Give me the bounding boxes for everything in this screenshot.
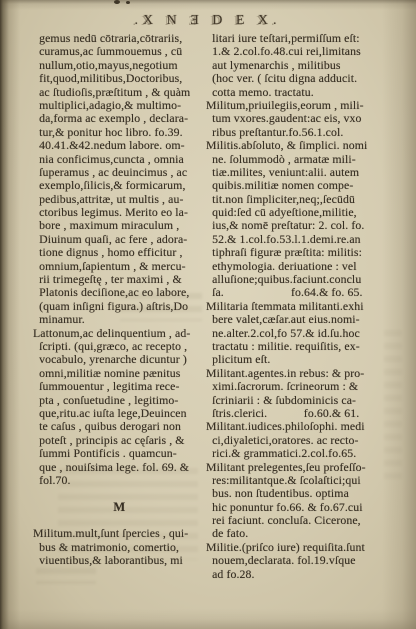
ink-speck (126, 1, 130, 4)
text-line: nia conficimus,cuncta , omnia (33, 153, 207, 166)
text-line: ac ſtudioſis,præſtitum , & quàm (33, 86, 207, 99)
text-line: (hoc ver. ( ſcitu digna adducit. (206, 72, 388, 85)
text-line: cotta memo. tractatu. (206, 86, 388, 99)
text-line: tractatu : militie. requiſitis, ex- (206, 340, 388, 353)
text-line: ethymologia. deriuatione : vel (206, 260, 388, 273)
text-line: gemus nedū cōtraria,cōtrariis, (33, 32, 207, 45)
text-line: ſummouentur , legitima rece- (33, 380, 207, 393)
ink-speck (114, 0, 120, 4)
text-line: bus. non ſtudentibus. optima (206, 487, 388, 500)
text-line: alluſione;quibus.faciunt.conclu (206, 273, 388, 286)
text-line: Militaria ſtemmata militanti.exhi (206, 300, 388, 313)
text-line: omnium,ſapientum , & mercu- (33, 260, 207, 273)
text-line: ribus preſtantur.fo.56.1.col. (206, 126, 388, 139)
text-line: aut lymenarchis , militibus (206, 59, 388, 72)
text-line: res:militantque.& ſcolaſtici;qui (206, 474, 388, 487)
text-line: 1.& 2.col.fo.48.cui rei,limitans (206, 45, 388, 58)
text-line: Diuinum quaſi, ac fere , adora- (33, 233, 207, 246)
text-line: fol.70. (33, 474, 207, 487)
text-line: tiphraſi figuræ præſtita: militis: (206, 246, 388, 259)
text-line: ſuperamus , ac deuincimus , ac (33, 166, 207, 179)
text-line: quid:ſed cū adyeſtione,militie, (206, 206, 388, 219)
text-line: que,ritu.ac iuſta lege,Deuincen (33, 407, 207, 420)
text-line: ſummi Pontificis . quamcun- (33, 447, 207, 460)
text-line: Militis.abſoluto, & ſimplici. nomi (206, 139, 388, 152)
text-line: vocabulo, yrenarche dicuntur ) (33, 353, 207, 366)
showthrough-smudge (36, 568, 96, 584)
text-line: tione dignus , homo efficitur , (33, 246, 207, 259)
text-line: que , nouiſsima lege. fol. 69. & (33, 461, 207, 474)
text-line: poteſt , principis ac cęſaris , & (33, 434, 207, 447)
text-line: nouem,declarata. fol.19.vſque (206, 554, 388, 567)
text-line: bus & matrimonio, comertio, (33, 541, 207, 554)
text-line: 52.& 1.col.fo.53.l.1.demi.re.an (206, 233, 388, 246)
text-line: ci,diyaletici,oratores. ac recto- (206, 434, 388, 447)
text-line: pedibus,attritæ, ut multis , au- (33, 193, 207, 206)
text-line: ſcriniarii : & ſubdominicis ca- (206, 394, 388, 407)
text-line: Militum,priuilegiis,eorum , mili- (206, 99, 388, 112)
text-line: bore , maximum miraculum , (33, 219, 207, 232)
text-line: plicitum eſt. (206, 353, 388, 366)
text-line: Militie.(priſco iure) requiſita.ſunt (206, 541, 388, 554)
text-line: tur,& ponitur hoc libro. fo.39. (33, 126, 207, 139)
text-line: viuentibus,& laborantibus, mi (33, 554, 207, 567)
text-line: quibis.militiæ nomen compe- (206, 179, 388, 192)
text-line: Militant prelegentes,ſeu profeſſo- (206, 461, 388, 474)
text-line: ius,& nomē preſtatur: 2. col. fo. (206, 219, 388, 232)
text-line: ne.alter.2.col,fo 57.& id.ſu.hoc (206, 327, 388, 340)
index-column-left: gemus nedū cōtraria,cōtrariis, curamus,a… (33, 32, 207, 568)
text-line: litari iure teſtari,permiſſum eſt: (206, 32, 388, 45)
text-line: te caſus , quibus derogari non (33, 420, 207, 433)
text-line: ad fo.28. (206, 568, 388, 581)
text-line: tiæ.milites, veniunt:alii. autem (206, 166, 388, 179)
text-line: Militum.mult,ſunt ſpercies , qui- (33, 527, 207, 540)
text-line: multiplici,adagio,& multimo- (33, 99, 207, 112)
text-line: omni,militiæ nomine pænitus (33, 367, 207, 380)
text-line: ximi.ſacrorum. ſcrineorum : & (206, 380, 388, 393)
text-line: curamus,ac ſummouemus , cū (33, 45, 207, 58)
text-line: hic ponuntur fo.66. & fo.67.cui (206, 501, 388, 514)
book-page-scan: .X N Ǝ D E X. gemus nedū cōtraria,cōtrar… (0, 0, 416, 629)
text-line (33, 514, 207, 527)
text-line (33, 487, 207, 500)
text-line: minamur. (33, 313, 207, 326)
text-line: Lattonum,ac delinquentium , ad- (33, 327, 207, 340)
text-line: Platonis deciſione,ac eo labore, (33, 286, 207, 299)
text-line: Militant.iudices.philoſophi. medi (206, 420, 388, 433)
text-line: ſa. fo.64.& fo. 65. (206, 286, 388, 299)
text-line: pta , conſuetudine , legitimo- (33, 394, 207, 407)
text-line: de fato. (206, 527, 388, 540)
text-line: ſtris.clerici. fo.60.& 61. (206, 407, 388, 420)
text-line: tit.non ſimpliciter,neq;,ſecūdū (206, 193, 388, 206)
text-line: exemplo,ſilicis,& formicarum, (33, 179, 207, 192)
text-line: rei faciunt. concluſa. Cicerone, (206, 514, 388, 527)
text-line: ne. ſolummodò , armatæ mili- (206, 153, 388, 166)
text-line: (quam inſigni figura.) aſtris,Do (33, 300, 207, 313)
text-line: ſcripti. (qui,græco, ac recepto , (33, 340, 207, 353)
running-head-index: .X N Ǝ D E X. (0, 13, 416, 29)
text-line: ctoribus legimus. Merito eo la- (33, 206, 207, 219)
text-line: 40.41.&42.nedum labore. om- (33, 139, 207, 152)
text-line: fit,quod,militibus,Doctoribus, (33, 72, 207, 85)
text-line: bere valet,cæſar.aut eius.nomi- (206, 313, 388, 326)
text-line: da,forma ac exemplo , declara- (33, 112, 207, 125)
text-line: rici.& grammatici.2.col.fo.65. (206, 447, 388, 460)
text-line: nullum,otio,mayus,negotium (33, 59, 207, 72)
text-line: tum vxores.gaudent:ac eis, vxo (206, 112, 388, 125)
section-heading: M (33, 501, 207, 514)
index-column-right: litari iure teſtari,permiſſum eſt: 1.& 2… (206, 32, 388, 581)
text-line: Militant.agentes.in rebus: & pro- (206, 367, 388, 380)
text-line: rii trimegeſtę , ter maximi , & (33, 273, 207, 286)
